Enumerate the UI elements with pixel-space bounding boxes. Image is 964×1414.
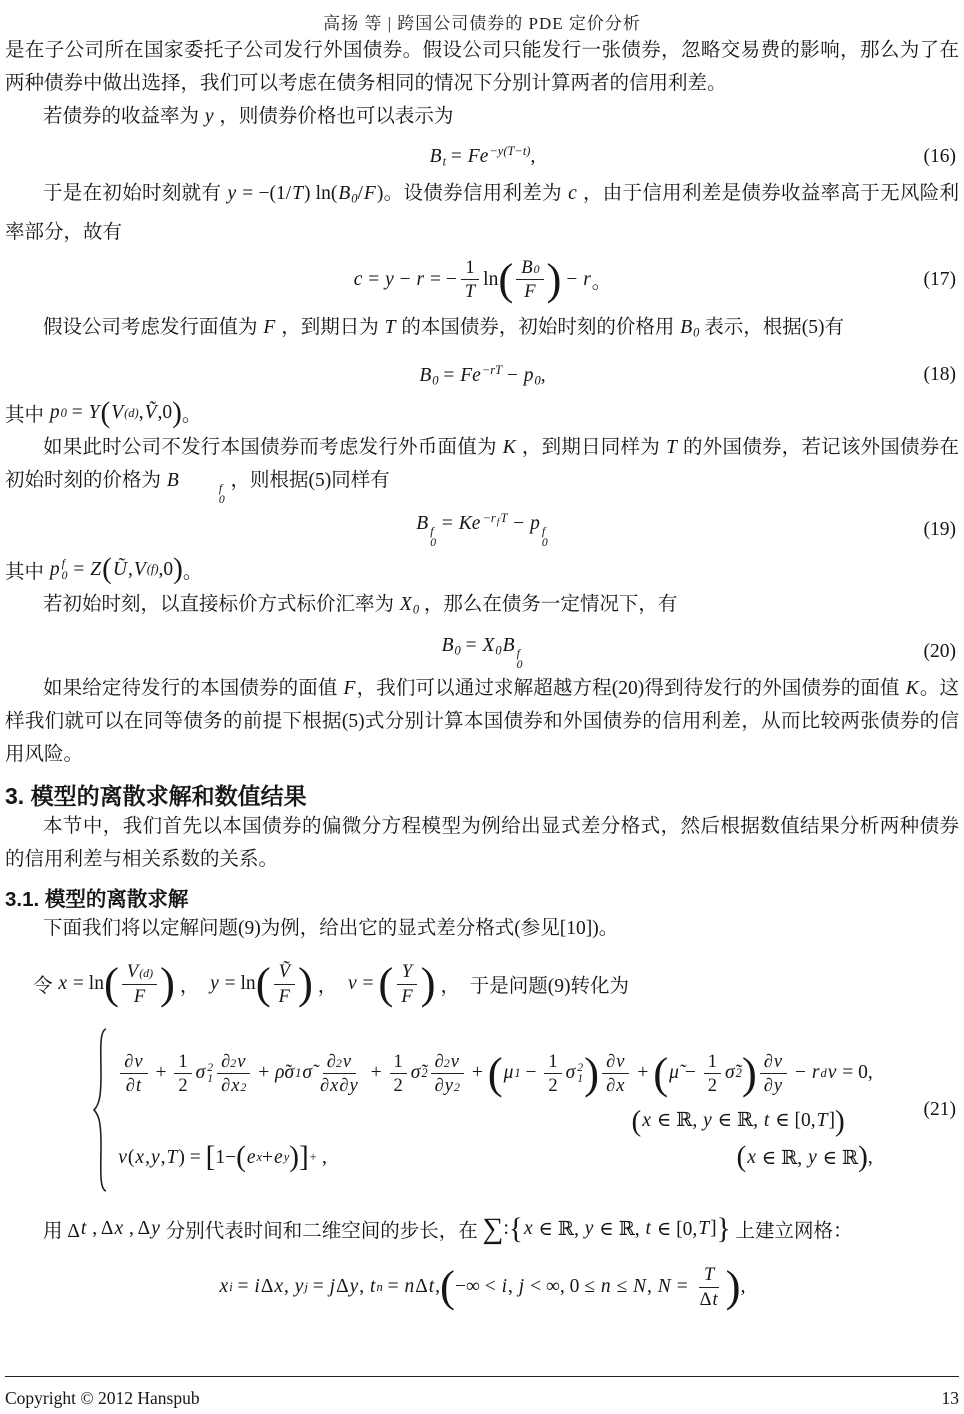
paragraph-intro-yield: 若债券的收益率为 y ，则债券价格也可以表示为 — [5, 100, 959, 133]
equation-grid-body: xi = iΔx, yj = jΔy, tn = nΔt,(−∞ < i, j … — [219, 1264, 746, 1310]
paragraph-exchange-rate: 若初始时刻，以直接标价方式标价汇率为 X0 ，那么在债务一定情况下，有 — [5, 588, 959, 627]
equation-21-terminal: v(x,y,T) = [1−(ex+ey)]+ , (x ∈ ℝ, y ∈ ℝ)… — [117, 1146, 872, 1170]
page-footer: Copyright © 2012 Hanspub 13 — [5, 1376, 959, 1409]
section-heading-3-1: 3.1. 模型的离散求解 — [5, 888, 959, 912]
equation-21-system: ∂v∂t + 12σ21∂2v∂x2 + ρ̃σ1σ̃∂2v∂x∂y + 12σ… — [91, 1025, 872, 1195]
equation-21-terminal-domain: (x ∈ ℝ, y ∈ ℝ), — [737, 1146, 873, 1170]
equation-grid: xi = iΔx, yj = jΔy, tn = nΔt,(−∞ < i, j … — [5, 1257, 959, 1317]
equation-19: Bf0 = Ke−rfT − pf0 (19) — [5, 508, 959, 552]
equation-21: ∂v∂t + 12σ21∂2v∂x2 + ρ̃σ1σ̃∂2v∂x∂y + 12σ… — [5, 1025, 959, 1195]
page-number: 13 — [942, 1388, 960, 1409]
equation-20: B0 = X0Bf0 (20) — [5, 632, 959, 672]
paragraph-substitution: 令 x = ln(V(d)F) ， y = ln(ṼF) ， v = (YF) … — [5, 953, 959, 1015]
footer-copyright: Copyright © 2012 Hanspub — [5, 1388, 200, 1409]
page-content: 是在子公司所在国家委托子公司发行外国债券。假设公司只能发行一张债券，忽略交易费的… — [0, 34, 964, 1317]
equation-18-body: B0 = Fe−rT − p0, — [418, 363, 545, 389]
equation-number-17: (17) — [924, 269, 957, 291]
equation-number-19: (19) — [924, 519, 957, 541]
equation-16-body: Bt = Fe−y(T−t), — [429, 144, 536, 170]
equation-21-pde: ∂v∂t + 12σ21∂2v∂x2 + ρ̃σ1σ̃∂2v∂x∂y + 12σ… — [117, 1051, 872, 1097]
paragraph-foreign-bond: 如果此时公司不发行本国债券而考虑发行外币面值为 K ，到期日同样为 T 的外国债… — [5, 431, 959, 505]
running-head: 高扬 等 | 跨国公司债券的 PDE 定价分析 — [0, 0, 964, 34]
paragraph-section3-intro: 本节中，我们首先以本国债券的偏微分方程模型为例给出显式差分格式，然后根据数值结果… — [5, 810, 959, 876]
paragraph-where-p0f: 其中 pf0 = Z(Ũ,V(f),0)。 — [5, 552, 959, 588]
equation-21-terminal-lhs: v(x,y,T) = [1−(ex+ey)]+ , — [117, 1146, 327, 1169]
equation-17: c = y − r = −1Tln(B0F) − r。 (17) — [5, 249, 959, 311]
page: 高扬 等 | 跨国公司债券的 PDE 定价分析 是在子公司所在国家委托子公司发行… — [0, 0, 964, 1414]
section-heading-3: 3. 模型的离散求解和数值结果 — [5, 783, 959, 810]
equation-number-18: (18) — [924, 364, 957, 386]
equation-number-20: (20) — [924, 641, 957, 663]
equation-16: Bt = Fe−y(T−t), (16) — [5, 137, 959, 177]
paragraph-credit-spread: 于是在初始时刻就有 y = −(1/T) ln(B0/F)。设债券信用利差为 c… — [5, 177, 959, 249]
equation-number-16: (16) — [924, 146, 957, 168]
equation-21-lines: ∂v∂t + 12σ21∂2v∂x2 + ρ̃σ1σ̃∂2v∂x∂y + 12σ… — [117, 1051, 872, 1170]
paragraph-scheme-intro: 下面我们将以定解问题(9)为例，给出它的显式差分格式(参见[10])。 — [5, 912, 959, 945]
paragraph-continued: 是在子公司所在国家委托子公司发行外国债券。假设公司只能发行一张债券，忽略交易费的… — [5, 34, 959, 100]
equation-18: B0 = Fe−rT − p0, (18) — [5, 355, 959, 395]
equation-19-body: Bf0 = Ke−rfT − pf0 — [415, 511, 548, 548]
equation-20-body: B0 = X0Bf0 — [441, 635, 524, 670]
equation-17-body: c = y − r = −1Tln(B0F) − r。 — [353, 257, 612, 303]
paragraph-domestic-bond: 假设公司考虑发行面值为 F ，到期日为 T 的本国债券，初始时刻的价格用 B0 … — [5, 311, 959, 350]
equation-number-21: (21) — [924, 1099, 957, 1121]
paragraph-compare-risk: 如果给定待发行的本国债券的面值 F，我们可以通过求解超越方程(20)得到待发行的… — [5, 672, 959, 771]
equation-21-domain: (x ∈ ℝ, y ∈ ℝ, t ∈ [0,T]) — [117, 1108, 872, 1134]
paragraph-grid-setup: 用 Δt , Δx , Δy 分别代表时间和二维空间的步长，在 ∑:{x ∈ ℝ… — [5, 1209, 959, 1249]
left-curly-brace-icon — [91, 1025, 109, 1195]
paragraph-where-p0: 其中 p0 = Y(V(d),Ṽ,0)。 — [5, 395, 959, 431]
